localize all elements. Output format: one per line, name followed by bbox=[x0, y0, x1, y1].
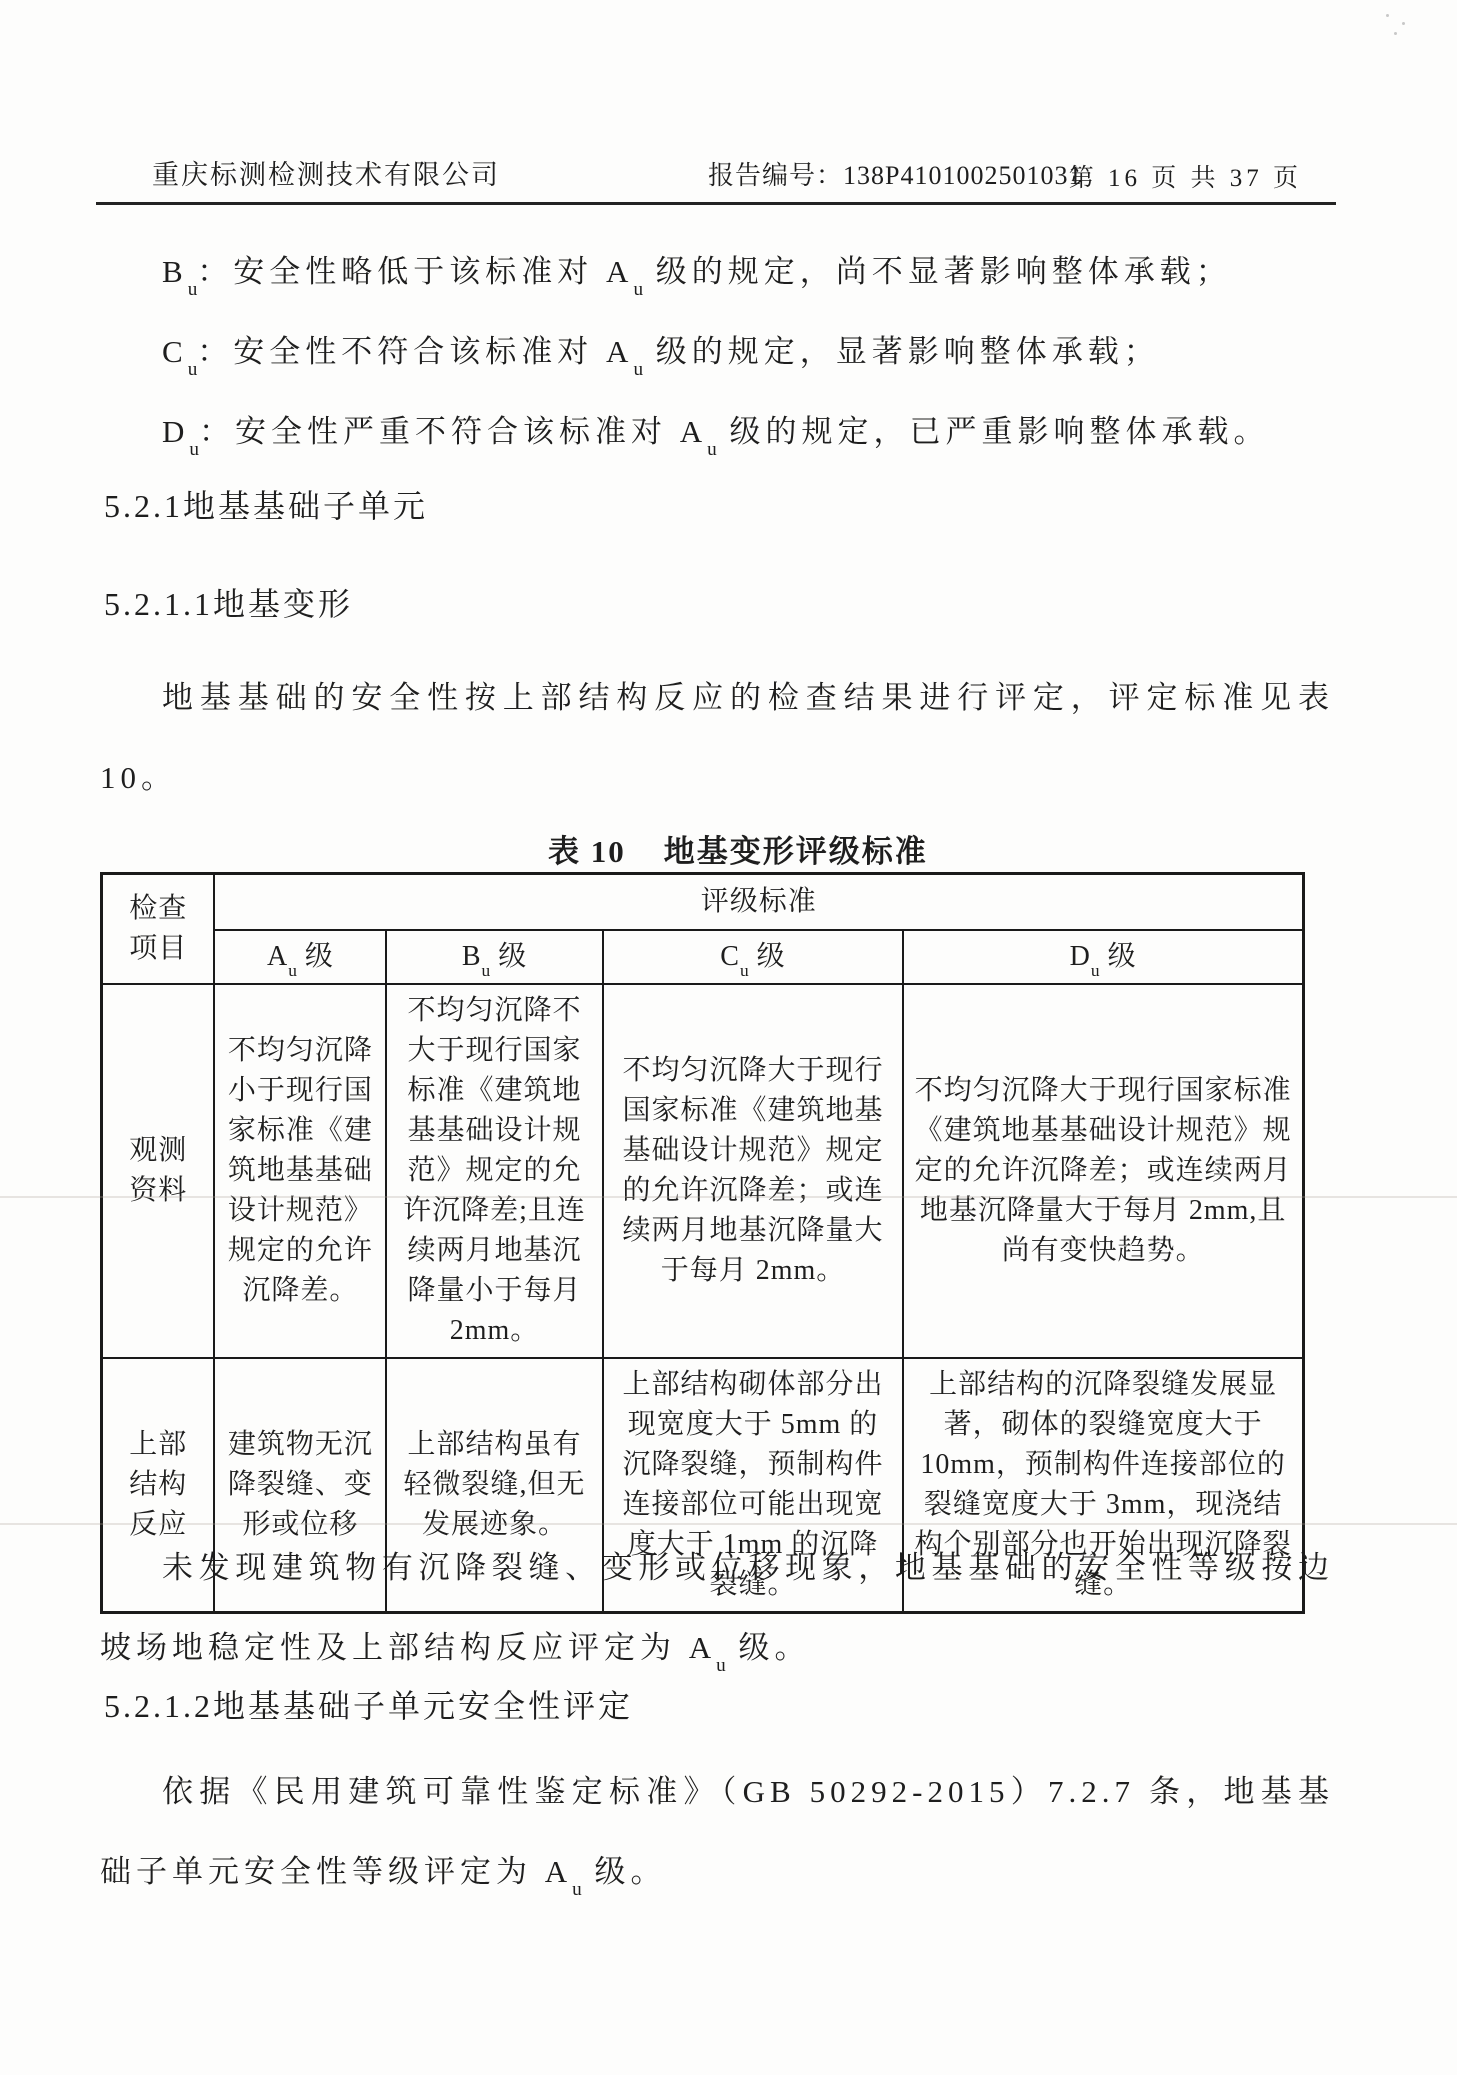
paragraph-assessment-result: 未发现建筑物有沉降裂缝、变形或位移现象，地基基础的安全性等级按边坡场地稳定性及上… bbox=[100, 1528, 1334, 1688]
table-row-observation-data: 观测资料 不均匀沉降小于现行国家标准《建筑地基基础设计规范》规定的允许沉降差。 … bbox=[102, 984, 1304, 1358]
row-label-observation-data: 观测资料 bbox=[102, 984, 215, 1358]
definition-bu: Bu：安全性略低于该标准对 Au 级的规定，尚不显著影响整体承载； bbox=[100, 232, 1340, 312]
definition-cu: Cu：安全性不符合该标准对 Au 级的规定，显著影响整体承载； bbox=[100, 312, 1340, 392]
table-10-foundation-deformation-grading: 检查项目 评级标准 Au 级 Bu 级 Cu 级 Du 级 观测资料 不均匀沉降… bbox=[100, 872, 1305, 1614]
document-page: 重庆标测检测技术有限公司 报告编号：138P4101002501031 第 16… bbox=[0, 0, 1457, 2075]
paragraph-evaluation-intro: 地基基础的安全性按上部结构反应的检查结果进行评定，评定标准见表 10。 bbox=[100, 658, 1334, 818]
table-caption: 表 10地基变形评级标准 bbox=[548, 826, 928, 871]
scan-artifact-line bbox=[0, 1523, 1457, 1525]
col-header-grading-standard: 评级标准 bbox=[214, 874, 1303, 930]
cell-observation-bu: 不均匀沉降不大于现行国家标准《建筑地基基础设计规范》规定的允许沉降差;且连续两月… bbox=[386, 984, 602, 1358]
report-number-value: 138P4101002501031 bbox=[843, 161, 1082, 190]
col-header-grade-bu: Bu 级 bbox=[386, 930, 602, 984]
page-header: 重庆标测检测技术有限公司 报告编号：138P4101002501031 第 16… bbox=[96, 152, 1336, 205]
col-header-grade-du: Du 级 bbox=[903, 930, 1303, 984]
table-caption-title: 地基变形评级标准 bbox=[664, 834, 928, 869]
definition-du: Du：安全性严重不符合该标准对 Au 级的规定，已严重影响整体承载。 bbox=[100, 392, 1340, 472]
table-header-row-1: 检查项目 评级标准 bbox=[102, 874, 1304, 930]
table-caption-number: 表 10 bbox=[548, 834, 626, 869]
section-heading-521: 5.2.1地基基础子单元 bbox=[104, 486, 428, 526]
scan-artifact-line bbox=[0, 1196, 1457, 1198]
section-heading-5211: 5.2.1.1地基变形 bbox=[104, 584, 353, 624]
page-indicator: 第 16 页 共 37 页 bbox=[1069, 158, 1302, 194]
cell-observation-au: 不均匀沉降小于现行国家标准《建筑地基基础设计规范》规定的允许沉降差。 bbox=[214, 984, 386, 1358]
company-name: 重庆标测检测技术有限公司 bbox=[152, 153, 500, 192]
table-header-row-2: Au 级 Bu 级 Cu 级 Du 级 bbox=[102, 930, 1304, 984]
col-header-grade-cu: Cu 级 bbox=[603, 930, 904, 984]
col-header-check-item: 检查项目 bbox=[102, 874, 215, 984]
report-number: 报告编号：138P4101002501031 bbox=[708, 155, 1082, 192]
section-heading-5212: 5.2.1.2地基基础子单元安全性评定 bbox=[104, 1686, 633, 1726]
col-header-grade-au: Au 级 bbox=[214, 930, 386, 984]
paragraph-subunit-conclusion: 依据《民用建筑可靠性鉴定标准》（GB 50292-2015）7.2.7 条，地基… bbox=[100, 1752, 1334, 1912]
cell-observation-du: 不均匀沉降大于现行国家标准《建筑地基基础设计规范》规定的允许沉降差；或连续两月地… bbox=[903, 984, 1303, 1358]
report-number-label: 报告编号： bbox=[708, 161, 843, 190]
scan-artifact-dots bbox=[1380, 10, 1420, 40]
cell-observation-cu: 不均匀沉降大于现行国家标准《建筑地基基础设计规范》规定的允许沉降差；或连续两月地… bbox=[603, 984, 904, 1358]
grade-definitions: Bu：安全性略低于该标准对 Au 级的规定，尚不显著影响整体承载； Cu：安全性… bbox=[100, 232, 1340, 472]
